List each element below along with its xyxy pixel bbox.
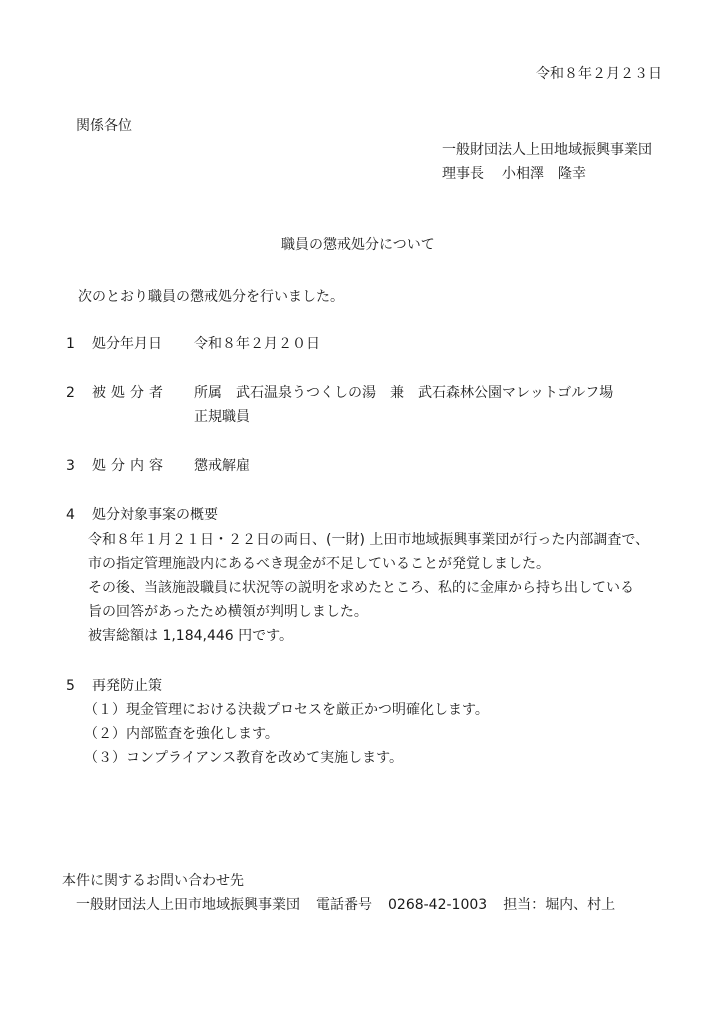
section-heading: 処分対象事案の概要 <box>92 508 218 522</box>
addressee: 関係各位 <box>76 119 132 133</box>
case-summary-line: 旨の回答があったため横領が判明しました。 <box>88 605 368 619</box>
section-number: 5 <box>66 679 75 693</box>
section-number: 4 <box>66 508 75 522</box>
item-number: 1 <box>66 337 75 351</box>
contact-heading: 本件に関するお問い合わせ先 <box>62 874 244 888</box>
item-disposal-date: 1 処分年月日 令和８年２月２０日 <box>0 337 724 353</box>
contact-details: 一般財団法人上田市地域振興事業団電話番号0268-42-1003担当：堀内、村上 <box>76 898 615 912</box>
contact-organization: 一般財団法人上田市地域振興事業団 <box>76 897 300 913</box>
contact-phone: 0268-42-1003 <box>388 897 487 913</box>
item-disposal-content: 3 処分内容 懲戒解雇 <box>0 459 724 475</box>
item-label: 処分年月日 <box>92 337 162 351</box>
intro-text: 次のとおり職員の懲戒処分を行いました。 <box>78 290 344 304</box>
contact-person-label: 担当： <box>503 897 545 913</box>
section-prevention-heading: 5 再発防止策 <box>0 679 724 695</box>
item-disciplined-person: 2 被処分者 所属 武石温泉うつくしの湯 兼 武石森林公園マレットゴルフ場 正規… <box>0 386 724 426</box>
prevention-measure: （２）内部監査を強化します。 <box>84 727 279 741</box>
document-title: 職員の懲戒処分について <box>281 238 435 252</box>
contact-phone-label: 電話番号 <box>316 897 372 913</box>
case-summary-line: 令和８年１月２１日・２２日の両日、(一財) 上田市地域振興事業団が行った内部調査… <box>88 533 649 547</box>
prevention-measure: （１）現金管理における決裁プロセスを厳正かつ明確化します。 <box>84 703 489 717</box>
item-label: 処分内容 <box>92 459 168 473</box>
issuer-name: 小相澤 隆幸 <box>502 166 586 182</box>
issuer-signature: 理事長小相澤 隆幸 <box>442 167 586 181</box>
contact-persons: 堀内、村上 <box>545 897 615 913</box>
item-value: 所属 武石温泉うつくしの湯 兼 武石森林公園マレットゴルフ場 <box>194 386 613 400</box>
prevention-measure: （３）コンプライアンス教育を改めて実施します。 <box>84 751 403 765</box>
item-value: 懲戒解雇 <box>194 459 250 473</box>
section-case-summary-heading: 4 処分対象事案の概要 <box>0 508 724 524</box>
section-heading: 再発防止策 <box>92 679 162 693</box>
item-value-employment-type: 正規職員 <box>194 410 250 424</box>
case-summary-line: その後、当該施設職員に状況等の説明を求めたところ、私的に金庫から持ち出している <box>88 581 634 595</box>
item-number: 3 <box>66 459 75 473</box>
issuer-organization: 一般財団法人上田地域振興事業団 <box>442 143 652 157</box>
item-value: 令和８年２月２０日 <box>194 337 320 351</box>
damage-total: 被害総額は 1,184,446 円です。 <box>88 629 293 643</box>
item-number: 2 <box>66 386 75 400</box>
issuer-title: 理事長 <box>442 166 484 182</box>
case-summary-line: 市の指定管理施設内にあるべき現金が不足していることが発覚しました。 <box>88 557 550 571</box>
document-date: 令和８年２月２３日 <box>536 67 662 81</box>
item-label: 被処分者 <box>92 386 168 400</box>
